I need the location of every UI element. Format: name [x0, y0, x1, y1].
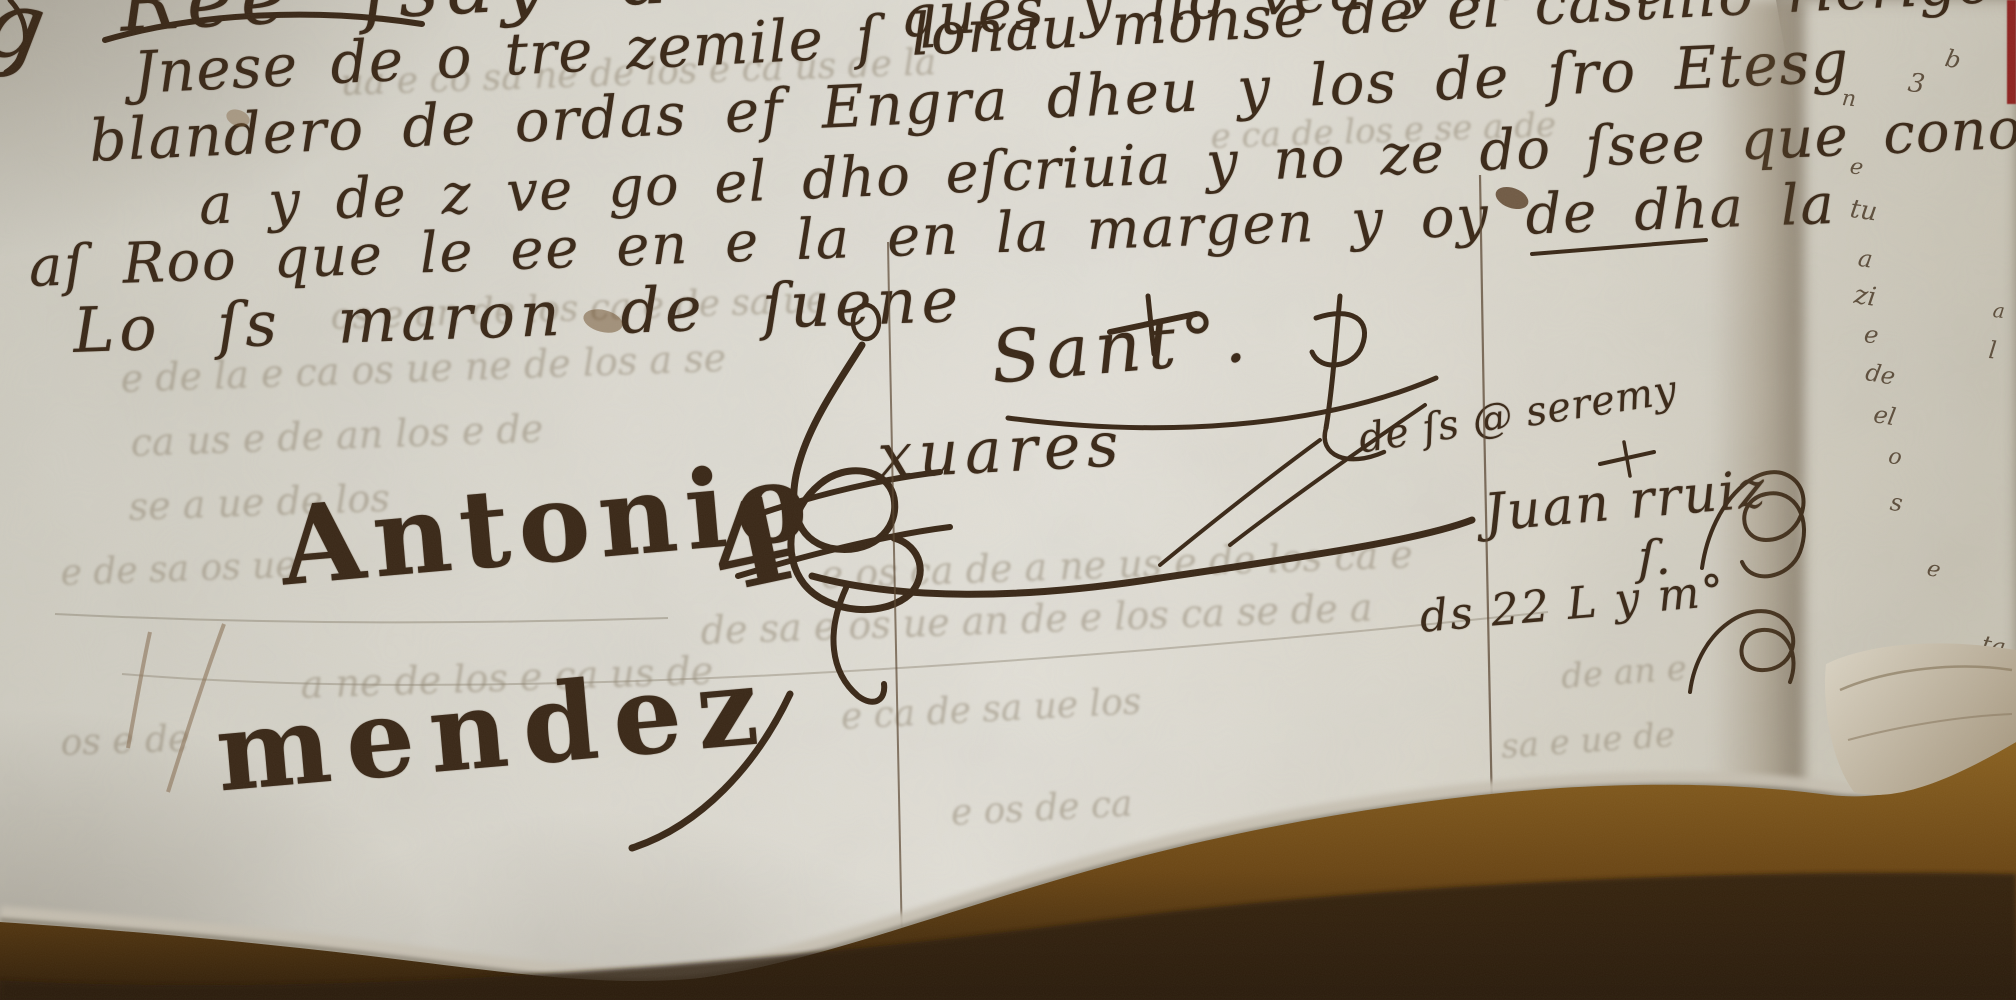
edge-mark: tu [1848, 196, 1879, 226]
edge-mark: s [1889, 490, 1905, 515]
edge-mark: a [1992, 300, 2006, 321]
edge-mark: e [1848, 156, 1865, 180]
edge-mark: el [1872, 402, 1898, 429]
edge-mark: a [1857, 246, 1875, 272]
edge-mark: l [1987, 338, 1997, 363]
edge-mark: b [1943, 46, 1963, 73]
edge-mark: ta [1980, 632, 2008, 660]
manuscript-photo: ua e co sa ne de los e ca us de lae ca d… [0, 0, 2016, 1000]
edge-mark: n [1841, 88, 1857, 111]
edge-mark: 3 [1906, 70, 1926, 98]
fore-edge-ink-marks-layer: b3netuaziedeelosealta [0, 0, 2016, 1000]
edge-mark: o [1887, 446, 1903, 470]
edge-mark: zi [1852, 282, 1877, 311]
edge-mark: de [1864, 360, 1897, 389]
edge-mark: e [1863, 322, 1880, 348]
edge-mark: e [1925, 558, 1943, 582]
